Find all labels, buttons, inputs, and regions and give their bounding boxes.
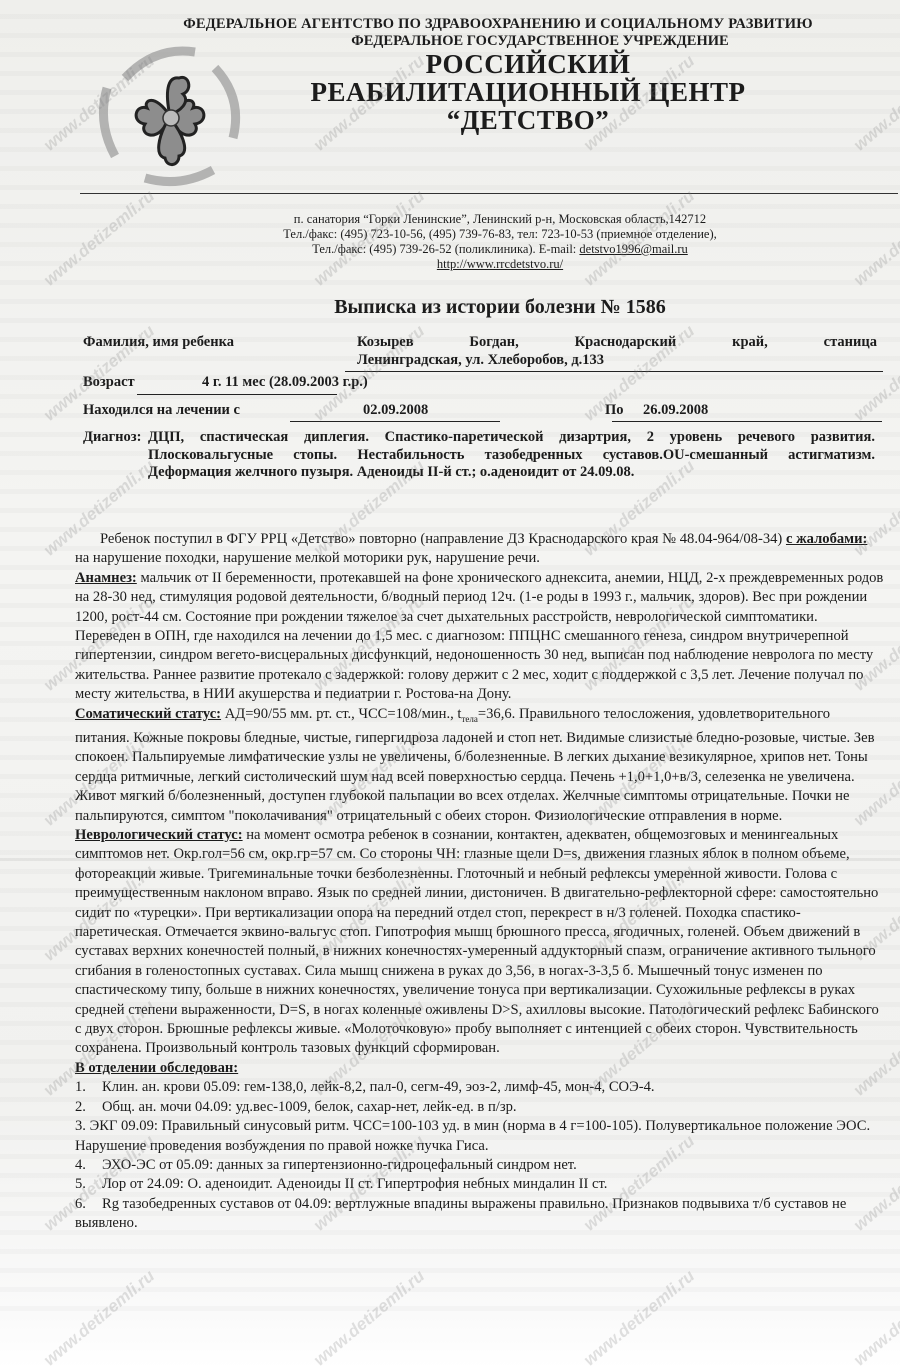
exam-text: Rg тазобедренных суставов от 04.09: верт…: [75, 1196, 846, 1231]
exam-item: 4.ЭХО-ЭС от 05.09: данных за гипертензио…: [75, 1156, 885, 1175]
document-title: Выписка из истории болезни № 1586: [200, 296, 800, 319]
exam-number: 3.: [75, 1118, 90, 1134]
exam-item: 2.Общ. ан. мочи 04.09: уд.вес-1009, бело…: [75, 1098, 885, 1117]
watermark-text: www.detizemli.ru: [850, 1266, 900, 1368]
exams-label: В отделении обследован:: [75, 1059, 885, 1078]
somatic-label: Соматический статус:: [75, 706, 221, 722]
somatic-text-a: АД=90/55 мм. рт. ст., ЧСС=108/мин., t: [221, 706, 461, 722]
exam-list: 1.Клин. ан. крови 05.09: гем-138,0, лейк…: [75, 1078, 885, 1233]
header-divider: [80, 193, 898, 194]
center-name-line3: “ДЕТСТВО”: [178, 106, 878, 134]
phones-email: Тел./факс: (495) 739-26-52 (поликлиника)…: [200, 242, 800, 257]
institution-type: ФЕДЕРАЛЬНОЕ ГОСУДАРСТВЕННОЕ УЧРЕЖДЕНИЕ: [190, 33, 890, 50]
watermark-text: www.detizemli.ru: [580, 1266, 699, 1368]
scanned-page: ФЕДЕРАЛЬНОЕ АГЕНТСТВО ПО ЗДРАВООХРАНЕНИЮ…: [0, 0, 900, 1368]
exam-item: 5.Лор от 24.09: О. аденоидит. Аденоиды I…: [75, 1175, 885, 1194]
complaints-text: на нарушение походки, нарушение мелкой м…: [75, 550, 540, 566]
website-link[interactable]: http://www.rrcdetstvo.ru/: [200, 257, 800, 272]
name-value: Козырев Богдан, Краснодарский край, стан…: [357, 334, 877, 351]
exam-text: Общ. ан. мочи 04.09: уд.вес-1009, белок,…: [102, 1099, 517, 1115]
watermark-text: www.detizemli.ru: [310, 1266, 429, 1368]
exam-text: ЭКГ 09.09: Правильный синусовый ритм. ЧС…: [75, 1118, 870, 1153]
exam-text: Клин. ан. крови 05.09: гем-138,0, лейк-8…: [102, 1079, 655, 1095]
agency-name: ФЕДЕРАЛЬНОЕ АГЕНТСТВО ПО ЗДРАВООХРАНЕНИЮ…: [148, 16, 848, 33]
diagnosis-label: Диагноз:: [83, 429, 141, 446]
anamnesis-paragraph: Анамнез: мальчик от II беременности, про…: [75, 569, 885, 705]
intro-paragraph: Ребенок поступил в ФГУ РРЦ «Детство» пов…: [75, 530, 885, 569]
contact-block: п. санатория “Горки Ленинские”, Ленински…: [200, 212, 800, 272]
somatic-sub: тела: [461, 714, 477, 724]
address: п. санатория “Горки Ленинские”, Ленински…: [200, 212, 800, 227]
center-name-line2: РЕАБИЛИТАЦИОННЫЙ ЦЕНТР: [178, 78, 878, 106]
exam-number: 1.: [75, 1078, 102, 1097]
anamnesis-label: Анамнез:: [75, 570, 137, 586]
age-underline: [137, 394, 337, 395]
stay-to: 26.09.2008: [643, 402, 708, 419]
neuro-label: Неврологический статус:: [75, 827, 243, 843]
neuro-text: на момент осмотра ребенок в сознании, ко…: [75, 827, 879, 1056]
watermark-text: www.detizemli.ru: [40, 1266, 159, 1368]
anamnesis-text: мальчик от II беременности, протекавшей …: [75, 570, 883, 702]
stay-to-underline: [612, 421, 882, 422]
document-body: Ребенок поступил в ФГУ РРЦ «Детство» пов…: [75, 530, 885, 1234]
watermark-text: www.detizemli.ru: [850, 186, 900, 290]
exam-item: 6.Rg тазобедренных суставов от 04.09: ве…: [75, 1195, 885, 1234]
watermark-text: www.detizemli.ru: [40, 186, 159, 290]
exam-text: ЭХО-ЭС от 05.09: данных за гипертензионн…: [102, 1157, 577, 1173]
exam-item: 3. ЭКГ 09.09: Правильный синусовый ритм.…: [75, 1117, 885, 1156]
intro-text: Ребенок поступил в ФГУ РРЦ «Детство» пов…: [100, 531, 786, 547]
phones: Тел./факс: (495) 723-10-56, (495) 739-76…: [200, 227, 800, 242]
center-name-line1: РОССИЙСКИЙ: [178, 50, 878, 78]
diagnosis-value: ДЦП, спастическая диплегия. Спастико-пар…: [148, 429, 875, 482]
exam-number: 2.: [75, 1098, 102, 1117]
neuro-paragraph: Неврологический статус: на момент осмотр…: [75, 826, 885, 1059]
somatic-paragraph: Соматический статус: АД=90/55 мм. рт. ст…: [75, 705, 885, 826]
stay-from: 02.09.2008: [363, 402, 428, 419]
stay-label: Находился на лечении с: [83, 402, 240, 419]
exam-item: 1.Клин. ан. крови 05.09: гем-138,0, лейк…: [75, 1078, 885, 1097]
name-underline: [345, 371, 883, 372]
